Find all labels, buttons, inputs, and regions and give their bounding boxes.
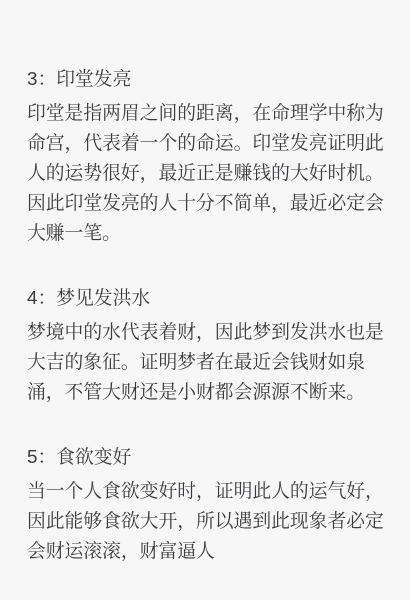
section-4: 4：梦见发洪水 梦境中的水代表着财，因此梦到发洪水也是 大吉的象征。证明梦者在最…	[27, 283, 383, 407]
paragraph-line: 大赚一笔。	[27, 218, 383, 248]
paragraph-line: 人的运势很好，最近正是赚钱的大好时机。	[27, 158, 383, 188]
paragraph-line: 会财运滚滚，财富逼人	[27, 536, 383, 566]
section-heading: 4：梦见发洪水	[27, 283, 383, 313]
paragraph-line: 因此能够食欲大开，所以遇到此现象者必定	[27, 506, 383, 536]
section-paragraph: 梦境中的水代表着财，因此梦到发洪水也是 大吉的象征。证明梦者在最近会钱财如泉 涌…	[27, 317, 383, 407]
section-heading: 3：印堂发亮	[27, 64, 383, 94]
paragraph-line: 印堂是指两眉之间的距离，在命理学中称为	[27, 98, 383, 128]
section-paragraph: 当一个人食欲变好时，证明此人的运气好， 因此能够食欲大开，所以遇到此现象者必定 …	[27, 476, 383, 566]
reader-page: 3：印堂发亮 印堂是指两眉之间的距离，在命理学中称为 命宫，代表着一个的命运。印…	[0, 0, 410, 600]
paragraph-line: 命宫，代表着一个的命运。印堂发亮证明此	[27, 128, 383, 158]
section-5: 5：食欲变好 当一个人食欲变好时，证明此人的运气好， 因此能够食欲大开，所以遇到…	[27, 442, 383, 566]
paragraph-line: 因此印堂发亮的人十分不简单，最近必定会	[27, 188, 383, 218]
section-3: 3：印堂发亮 印堂是指两眉之间的距离，在命理学中称为 命宫，代表着一个的命运。印…	[27, 64, 383, 248]
paragraph-line: 涌，不管大财还是小财都会源源不断来。	[27, 377, 383, 407]
paragraph-line: 当一个人食欲变好时，证明此人的运气好，	[27, 476, 383, 506]
section-heading: 5：食欲变好	[27, 442, 383, 472]
section-paragraph: 印堂是指两眉之间的距离，在命理学中称为 命宫，代表着一个的命运。印堂发亮证明此 …	[27, 98, 383, 248]
paragraph-line: 大吉的象征。证明梦者在最近会钱财如泉	[27, 347, 383, 377]
paragraph-line: 梦境中的水代表着财，因此梦到发洪水也是	[27, 317, 383, 347]
